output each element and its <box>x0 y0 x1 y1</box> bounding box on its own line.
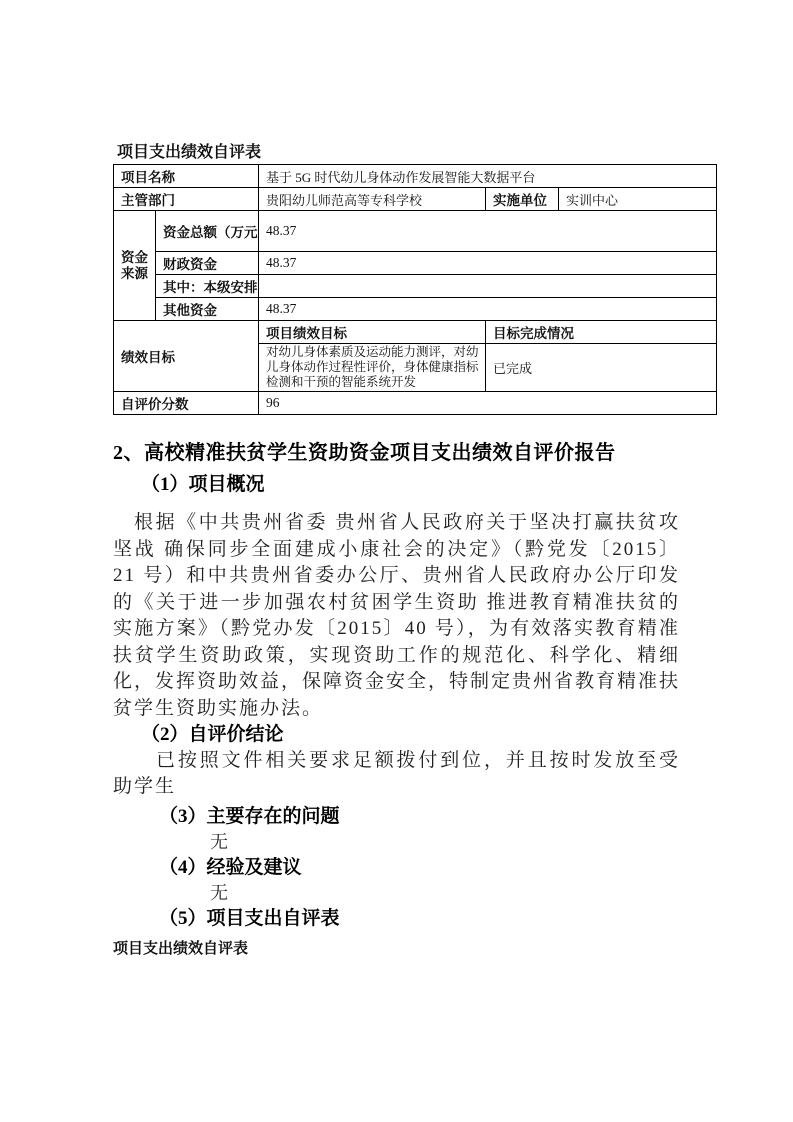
self-eval-table: 项目名称 基于 5G 时代幼儿身体动作发展智能大数据平台 主管部门 贵阳幼儿师范… <box>113 164 717 415</box>
report-section: 2、高校精准扶贫学生资助资金项目支出绩效自评价报告 （1）项目概况 根据《中共贵… <box>113 440 680 932</box>
section-title-3: （3）主要存在的问题 <box>113 804 680 830</box>
row-self-score: 自评价分数 96 <box>114 392 717 415</box>
cell-fiscal-fund-label: 财政资金 <box>156 252 259 275</box>
cell-other-fund-label: 其他资金 <box>156 298 259 321</box>
section-body-2: 已按照文件相关要求足额拨付到位，并且按时发放至受助学生 <box>113 748 680 800</box>
cell-local-arrangement-value <box>259 275 717 298</box>
cell-fund-total-label: 资金总额（万元） <box>156 211 259 252</box>
cell-self-score-label: 自评价分数 <box>114 392 259 415</box>
cell-goal-completion-value: 已完成 <box>486 344 717 392</box>
row-local-arrangement: 其中：本级安排 <box>114 275 717 298</box>
cell-self-score-value: 96 <box>259 392 717 415</box>
row-other-fund: 其他资金 48.37 <box>114 298 717 321</box>
cell-department-label: 主管部门 <box>114 188 259 211</box>
section-title-1: （1）项目概况 <box>113 472 680 498</box>
cell-goal-completion-label: 目标完成情况 <box>486 321 717 344</box>
table-title-bottom: 项目支出绩效自评表 <box>113 937 248 958</box>
cell-project-name-label: 项目名称 <box>114 165 259 188</box>
row-project-name: 项目名称 基于 5G 时代幼儿身体动作发展智能大数据平台 <box>114 165 717 188</box>
cell-perf-goal-label: 绩效目标 <box>114 321 259 392</box>
table-title-top: 项目支出绩效自评表 <box>117 139 261 162</box>
cell-other-fund-value: 48.37 <box>259 298 717 321</box>
row-fiscal-fund: 财政资金 48.37 <box>114 252 717 275</box>
section-title-2: （2）自评价结论 <box>113 722 680 748</box>
cell-fund-source-label: 资金来源 <box>114 211 156 321</box>
cell-impl-unit-label: 实施单位 <box>486 188 559 211</box>
cell-fiscal-fund-value: 48.37 <box>259 252 717 275</box>
row-perf-goal-header: 绩效目标 项目绩效目标 目标完成情况 <box>114 321 717 344</box>
row-fund-total: 资金来源 资金总额（万元） 48.37 <box>114 211 717 252</box>
document-page: 项目支出绩效自评表 项目名称 基于 5G 时代幼儿身体动作发展智能大数据平台 主… <box>0 0 793 1122</box>
cell-impl-unit-value: 实训中心 <box>559 188 717 211</box>
report-heading: 2、高校精准扶贫学生资助资金项目支出绩效自评价报告 <box>113 440 680 467</box>
cell-local-arrangement-label: 其中：本级安排 <box>156 275 259 298</box>
section-title-4: （4）经验及建议 <box>113 855 680 881</box>
section-body-4: 无 <box>113 881 680 906</box>
cell-project-perf-goal-label: 项目绩效目标 <box>259 321 486 344</box>
cell-project-name-value: 基于 5G 时代幼儿身体动作发展智能大数据平台 <box>259 165 717 188</box>
cell-perf-goal-description: 对幼儿身体素质及运动能力测评，对幼儿身体动作过程性评价，身体健康指标检测和干预的… <box>259 344 486 392</box>
cell-fund-total-value: 48.37 <box>259 211 717 252</box>
row-department: 主管部门 贵阳幼儿师范高等专科学校 实施单位 实训中心 <box>114 188 717 211</box>
cell-department-value: 贵阳幼儿师范高等专科学校 <box>259 188 486 211</box>
section-title-5: （5）项目支出自评表 <box>113 906 680 932</box>
section-body-1: 根据《中共贵州省委 贵州省人民政府关于坚决打赢扶贫攻坚战 确保同步全面建成小康社… <box>113 510 680 722</box>
section-body-3: 无 <box>113 830 680 855</box>
